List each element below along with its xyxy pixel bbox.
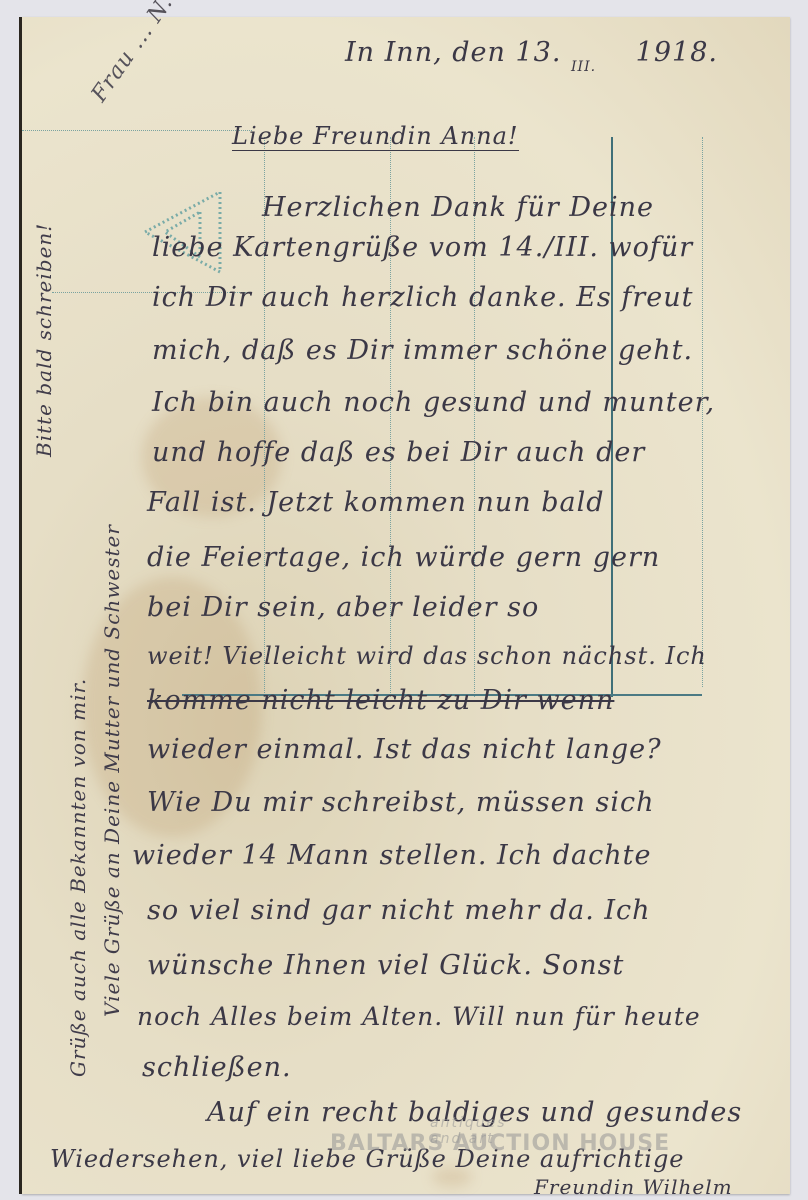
- body-line: wünsche Ihnen viel Glück. Sonst: [147, 950, 624, 981]
- body-line: mich, daß es Dir immer schöne geht.: [152, 335, 693, 366]
- dateline-place-date: In Inn, den 13.: [345, 37, 561, 68]
- signature: Freundin Wilhelm: [534, 1175, 733, 1199]
- body-line: schließen.: [142, 1052, 292, 1083]
- watermark-line2: BALTARS AUCTION HOUSE: [330, 1131, 670, 1156]
- body-line: so viel sind gar nicht mehr da. Ich: [147, 895, 651, 926]
- margin-note: Bitte bald schreiben!: [32, 223, 56, 457]
- body-line: noch Alles beim Alten. Will nun für heut…: [137, 1002, 701, 1031]
- body-line: die Feiertage, ich würde gern gern: [147, 542, 660, 573]
- body-line: weit! Vielleicht wird das schon nächst. …: [147, 642, 707, 670]
- dateline-year: 1918.: [636, 37, 718, 68]
- body-line: Ich bin auch noch gesund und munter,: [152, 387, 715, 418]
- body-line: liebe Kartengrüße vom 14./III. wofür: [152, 232, 693, 263]
- body-line: und hoffe daß es bei Dir auch der: [152, 437, 645, 468]
- salutation: Liebe Freundin Anna!: [232, 122, 519, 151]
- body-line: wieder einmal. Ist das nicht lange?: [147, 734, 662, 765]
- body-line: ich Dir auch herzlich danke. Es freut: [152, 282, 693, 313]
- body-line: wieder 14 Mann stellen. Ich dachte: [132, 840, 652, 871]
- margin-note: Grüße auch alle Bekannten von mir.: [66, 678, 90, 1077]
- dateline: In Inn, den 13. III. 1918.: [345, 37, 718, 75]
- margin-note: Viele Grüße an Deine Mutter und Schweste…: [100, 524, 124, 1017]
- body-line: Fall ist. Jetzt kommen nun bald: [147, 487, 605, 518]
- body-line: Wie Du mir schreibst, müssen sich: [147, 787, 655, 818]
- body-line: Herzlichen Dank für Deine: [262, 192, 654, 223]
- postcard: Frau ... N. In Inn, den 13. III. 1918. L…: [22, 17, 790, 1194]
- dateline-month: III.: [571, 59, 596, 75]
- printed-dotted-line: [22, 130, 252, 131]
- body-line: bei Dir sein, aber leider so: [147, 592, 539, 623]
- body-line: komme nicht leicht zu Dir wenn: [147, 685, 614, 716]
- corner-pencil-note: Frau ... N.: [87, 0, 179, 107]
